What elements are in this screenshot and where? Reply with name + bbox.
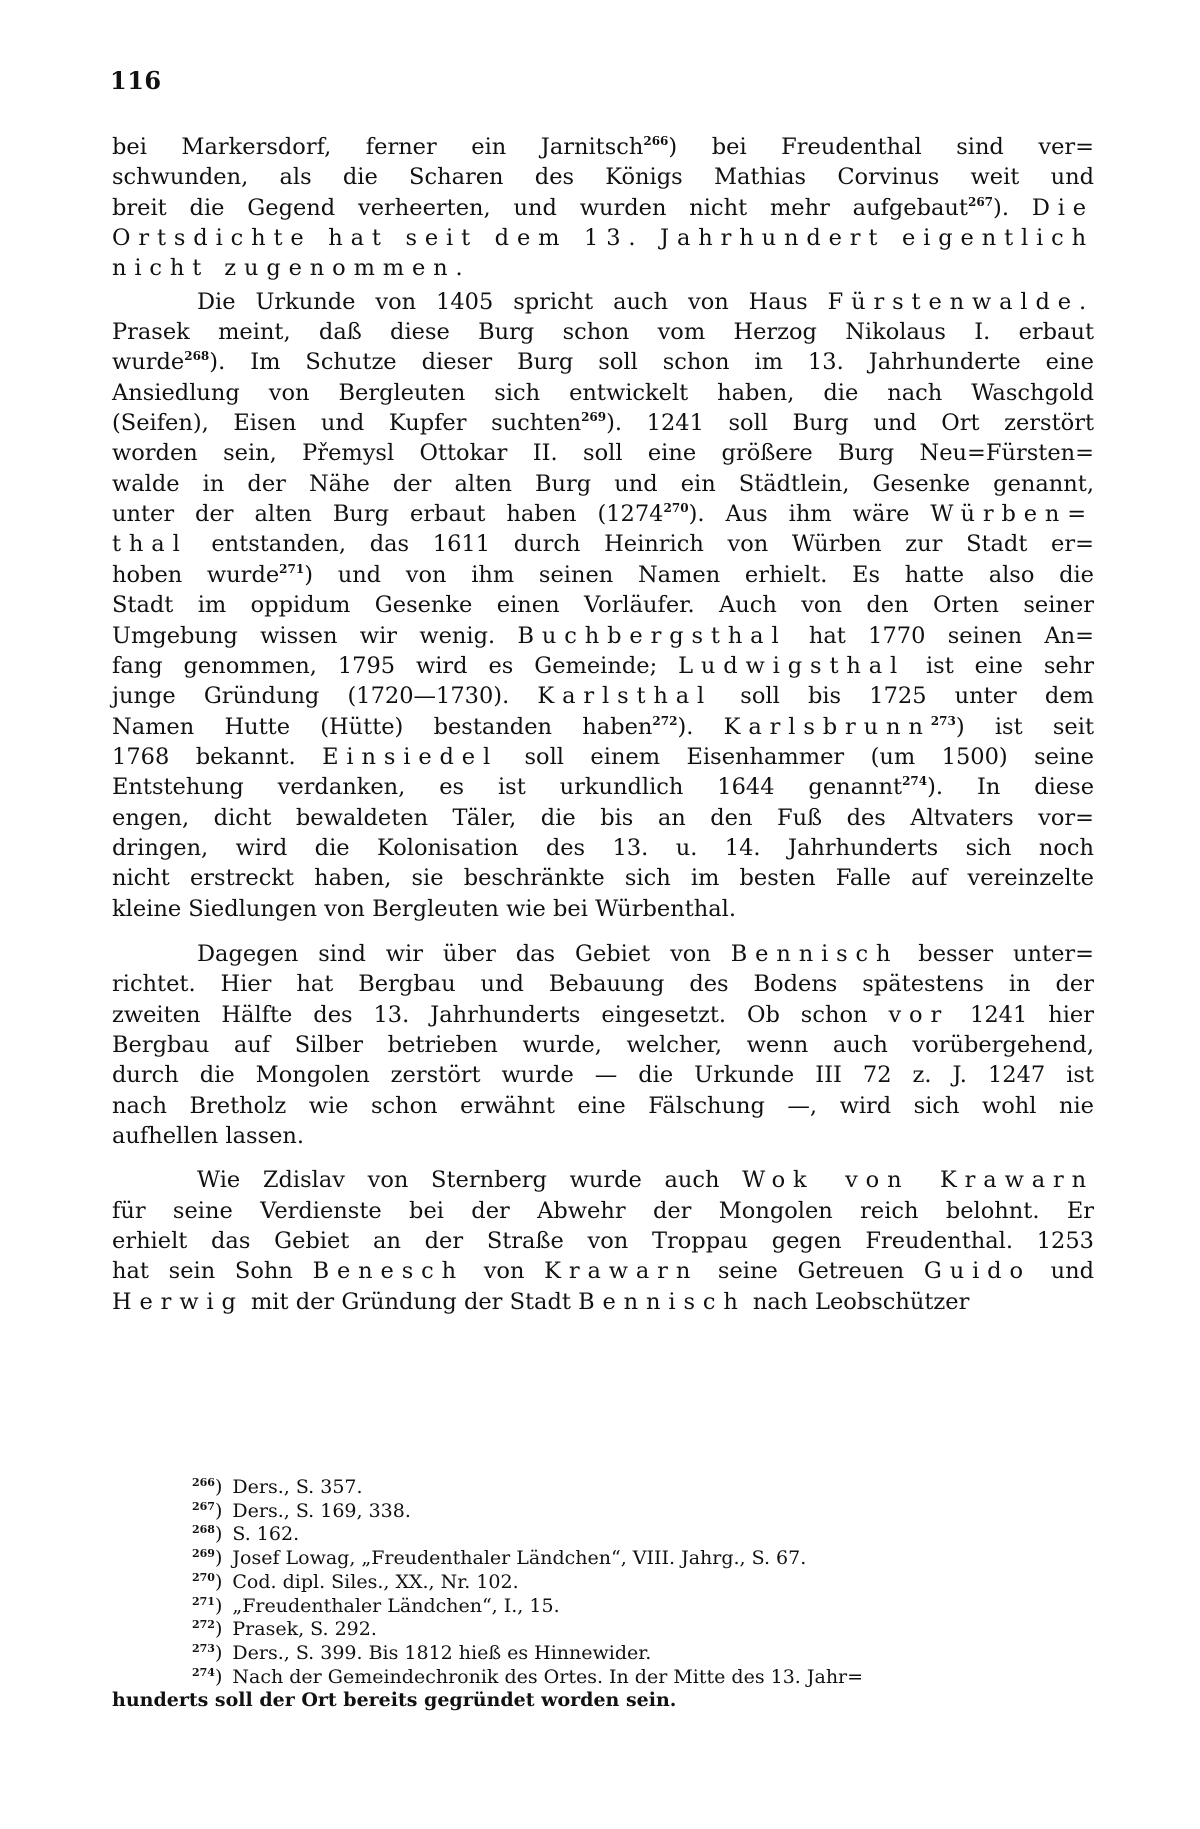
emphasized-text: Ortsdichte hat seit dem 13. Jahrhundert … [112, 225, 1094, 251]
footnote-continuation: hunderts soll der Ort bereits gegründet … [112, 1689, 1094, 1713]
text-run: besser unter= [898, 941, 1094, 967]
text-run: ). [993, 195, 1032, 221]
footnote: 267)Ders., S. 169, 338. [112, 1500, 1094, 1524]
text-run: Prasek meint, daß diese Burg schon vom H… [112, 319, 1094, 345]
text-line: durch die Mongolen zerstört wurde — die … [112, 1060, 1094, 1090]
text-line: Bergbau auf Silber betrieben wurde, welc… [112, 1030, 1094, 1060]
footnote-reference: 272 [652, 714, 677, 728]
text-run: durch die Mongolen zerstört wurde — die … [112, 1062, 1094, 1088]
text-run: Umgebung wissen wir wenig. [112, 623, 517, 649]
footnote-reference: 266 [643, 134, 668, 148]
text-run: Namen Hutte (Hütte) bestanden haben [112, 714, 652, 740]
text-run: entstanden, das 1611 durch Heinrich von … [188, 531, 1094, 557]
emphasized-text: nicht zugenommen. [112, 255, 471, 281]
footnote: 271)„Freudenthaler Ländchen“, I., 15. [112, 1595, 1094, 1619]
text-run: ) und von ihm seinen Namen erhielt. Es h… [304, 562, 1094, 588]
text-line: unter der alten Burg erbaut haben (12742… [112, 499, 1094, 529]
text-run: Bergbau auf Silber betrieben wurde, welc… [112, 1032, 1094, 1058]
footnote-number: 272 [192, 1618, 215, 1631]
text-run: kleine Siedlungen von Bergleuten wie bei… [112, 896, 736, 922]
emphasized-text: Benesch [313, 1258, 464, 1284]
text-run: dringen, wird die Kolonisation des 13. u… [112, 835, 1094, 861]
text-run: zweiten Hälfte des 13. Jahrhunderts eing… [112, 1002, 888, 1028]
text-line: richtet. Hier hat Bergbau und Bebauung d… [112, 969, 1094, 999]
text-line: hoben wurde271) und von ihm seinen Namen… [112, 560, 1094, 590]
footnote-paren: ) [215, 1595, 222, 1617]
footnote: 269)Josef Lowag, „Freudenthaler Ländchen… [112, 1547, 1094, 1571]
paragraph: bei Markersdorf, ferner ein Jarnitsch266… [112, 132, 1094, 284]
text-run: seine Getreuen [698, 1258, 924, 1284]
footnote-number: 266 [192, 1476, 215, 1489]
footnote: 272)Prasek, S. 292. [112, 1618, 1094, 1642]
text-run: Dagegen sind wir über das Gebiet von [197, 941, 731, 967]
text-run: nach Leobschützer [746, 1289, 970, 1315]
text-line: Ansiedlung von Bergleuten sich entwickel… [112, 378, 1094, 408]
footnote-paren: ) [215, 1618, 222, 1640]
text-run: ). 1241 soll Burg und Ort zerstört [606, 410, 1094, 436]
emphasized-text: Buchbergsthal [517, 623, 786, 649]
text-run: Wie Zdislav von Sternberg wurde auch [197, 1167, 742, 1193]
text-run: (Seifen), Eisen und Kupfer suchten [112, 410, 581, 436]
footnote-reference: 267 [968, 195, 993, 209]
text-line: nach Bretholz wie schon erwähnt eine Fäl… [112, 1091, 1094, 1121]
text-run: soll bis 1725 unter dem [712, 683, 1094, 709]
text-run: ) bei Freudenthal sind ver= [668, 134, 1094, 160]
text-run: nach Bretholz wie schon erwähnt eine Fäl… [112, 1093, 1094, 1119]
text-line: Namen Hutte (Hütte) bestanden haben272).… [112, 712, 1094, 742]
footnote: 274)Nach der Gemeindechronik des Ortes. … [112, 1666, 1094, 1690]
book-page: 116 bei Markersdorf, ferner ein Jarnitsc… [0, 0, 1200, 1829]
footnote-paren: ) [215, 1547, 222, 1569]
text-line: hat sein Sohn Benesch von Krawarn seine … [112, 1256, 1094, 1286]
body-text: bei Markersdorf, ferner ein Jarnitsch266… [112, 132, 1094, 1317]
footnote-reference: 274 [902, 774, 927, 788]
footnote-number: 267 [192, 1500, 215, 1513]
text-run: mit der Gründung der Stadt [244, 1289, 578, 1315]
footnote-paren: ) [215, 1666, 222, 1688]
text-line: engen, dicht bewaldeten Täler, die bis a… [112, 803, 1094, 833]
text-line: 1768 bekannt. Einsiedel soll einem Eisen… [112, 742, 1094, 772]
text-run: Ansiedlung von Bergleuten sich entwickel… [112, 380, 1094, 406]
emphasized-text: Bennisch [578, 1289, 746, 1315]
footnote-text: Cod. dipl. Siles., XX., Nr. 102. [232, 1571, 518, 1593]
emphasized-text: Bennisch [731, 941, 899, 967]
page-number: 116 [110, 66, 162, 95]
text-run: hat sein Sohn [112, 1258, 313, 1284]
text-run: ). [677, 714, 723, 740]
text-run: und [1031, 1258, 1094, 1284]
text-line: (Seifen), Eisen und Kupfer suchten269). … [112, 408, 1094, 438]
footnote-text: Ders., S. 169, 338. [232, 1500, 411, 1522]
text-line: schwunden, als die Scharen des Königs Ma… [112, 162, 1094, 192]
text-line: für seine Verdienste bei der Abwehr der … [112, 1196, 1094, 1226]
text-line: Herwig mit der Gründung der Stadt Bennis… [112, 1287, 1094, 1317]
emphasized-text: vor [888, 1002, 949, 1028]
emphasized-text: Würben= [930, 501, 1094, 527]
emphasized-text: Ludwigsthal [678, 653, 905, 679]
text-run: soll einem Eisenhammer (um 1500) seine [498, 744, 1094, 770]
text-run: von [464, 1258, 544, 1284]
footnote: 270)Cod. dipl. Siles., XX., Nr. 102. [112, 1571, 1094, 1595]
emphasized-text: Guido [924, 1258, 1031, 1284]
text-run: engen, dicht bewaldeten Täler, die bis a… [112, 805, 1094, 831]
text-line: aufhellen lassen. [112, 1121, 1094, 1151]
footnote-number: 271 [192, 1595, 215, 1608]
text-line: Prasek meint, daß diese Burg schon vom H… [112, 317, 1094, 347]
text-run: Stadt im oppidum Gesenke einen Vorläufer… [112, 592, 1094, 618]
footnote-paren: ) [215, 1571, 222, 1593]
footnote-text: Ders., S. 399. Bis 1812 hieß es Hinnewid… [232, 1642, 651, 1664]
footnote-reference: 269 [581, 410, 606, 424]
text-run: bei Markersdorf, ferner ein Jarnitsch [112, 134, 643, 160]
text-run: walde in der Nähe der alten Burg und ein… [112, 471, 1094, 497]
text-run: worden sein, Přemysl Ottokar II. soll ei… [112, 440, 1094, 466]
text-run: Entstehung verdanken, es ist urkundlich … [112, 774, 902, 800]
text-run: richtet. Hier hat Bergbau und Bebauung d… [112, 971, 1094, 997]
footnotes: 266)Ders., S. 357.267)Ders., S. 169, 338… [112, 1476, 1094, 1713]
text-line: Ortsdichte hat seit dem 13. Jahrhundert … [112, 223, 1094, 253]
footnote-text: Ders., S. 357. [232, 1476, 362, 1498]
text-line: bei Markersdorf, ferner ein Jarnitsch266… [112, 132, 1094, 162]
text-run: ist eine sehr [905, 653, 1094, 679]
footnote-reference: 273 [931, 714, 956, 728]
text-run: ) ist seit [956, 714, 1094, 740]
footnote-number: 268 [192, 1523, 215, 1536]
text-run: junge Gründung (1720—1730). [112, 683, 537, 709]
emphasized-text: Krawarn [544, 1258, 698, 1284]
footnote-text: Prasek, S. 292. [232, 1618, 377, 1640]
paragraph: Wie Zdislav von Sternberg wurde auch Wok… [112, 1165, 1094, 1317]
text-line: breit die Gegend verheerten, und wurden … [112, 193, 1094, 223]
footnote-text: S. 162. [232, 1523, 299, 1545]
emphasized-text: Wok von Krawarn [742, 1167, 1094, 1193]
emphasized-text: Einsiedel [322, 744, 498, 770]
text-line: nicht zugenommen. [112, 253, 1094, 283]
text-line: Stadt im oppidum Gesenke einen Vorläufer… [112, 590, 1094, 620]
footnote: 268)S. 162. [112, 1523, 1094, 1547]
footnote: 273)Ders., S. 399. Bis 1812 hieß es Hinn… [112, 1642, 1094, 1666]
text-line: Entstehung verdanken, es ist urkundlich … [112, 772, 1094, 802]
text-line: kleine Siedlungen von Bergleuten wie bei… [112, 894, 1094, 924]
text-run: nicht erstreckt haben, sie beschränkte s… [112, 865, 1094, 891]
footnote-number: 273 [192, 1642, 215, 1655]
text-run: ). Aus ihm wäre [689, 501, 931, 527]
footnote-reference: 271 [279, 562, 304, 576]
footnote-paren: ) [215, 1523, 222, 1545]
text-line: wurde268). Im Schutze dieser Burg soll s… [112, 347, 1094, 377]
text-line: erhielt das Gebiet an der Straße von Tro… [112, 1226, 1094, 1256]
text-run: 1768 bekannt. [112, 744, 322, 770]
text-line: junge Gründung (1720—1730). Karlsthal so… [112, 681, 1094, 711]
footnote-text: Nach der Gemeindechronik des Ortes. In d… [232, 1666, 863, 1688]
text-run: ). Im Schutze dieser Burg soll schon im … [209, 349, 1094, 375]
emphasized-text: Die [1032, 195, 1094, 221]
footnote-text: Josef Lowag, „Freudenthaler Ländchen“, V… [232, 1547, 806, 1569]
emphasized-text: thal [112, 531, 188, 557]
text-run: ). In diese [927, 774, 1094, 800]
text-line: Wie Zdislav von Sternberg wurde auch Wok… [112, 1165, 1094, 1195]
text-run: hat 1770 seinen An= [787, 623, 1094, 649]
footnote-text: „Freudenthaler Ländchen“, I., 15. [232, 1595, 559, 1617]
footnote-reference: 268 [184, 349, 209, 363]
text-line: Dagegen sind wir über das Gebiet von Ben… [112, 939, 1094, 969]
text-line: worden sein, Přemysl Ottokar II. soll ei… [112, 438, 1094, 468]
footnote-number: 274 [192, 1666, 215, 1679]
text-run: unter der alten Burg erbaut haben (1274 [112, 501, 664, 527]
footnote-reference: 270 [664, 501, 689, 515]
text-run: Die Urkunde von 1405 spricht auch von Ha… [197, 289, 828, 315]
text-line: Umgebung wissen wir wenig. Buchbergsthal… [112, 621, 1094, 651]
text-line: zweiten Hälfte des 13. Jahrhunderts eing… [112, 1000, 1094, 1030]
footnote-paren: ) [215, 1500, 222, 1522]
text-line: dringen, wird die Kolonisation des 13. u… [112, 833, 1094, 863]
text-line: thal entstanden, das 1611 durch Heinrich… [112, 529, 1094, 559]
footnote-number: 270 [192, 1571, 215, 1584]
text-line: fang genommen, 1795 wird es Gemeinde; Lu… [112, 651, 1094, 681]
text-line: walde in der Nähe der alten Burg und ein… [112, 469, 1094, 499]
emphasized-text: Fürstenwalde. [828, 289, 1094, 315]
emphasized-text: Karlsthal [537, 683, 712, 709]
text-run: breit die Gegend verheerten, und wurden … [112, 195, 968, 221]
footnote: 266)Ders., S. 357. [112, 1476, 1094, 1500]
emphasized-text: Herwig [112, 1289, 244, 1315]
emphasized-text: Karlsbrunn [724, 714, 931, 740]
footnote-number: 269 [192, 1547, 215, 1560]
text-run: erhielt das Gebiet an der Straße von Tro… [112, 1228, 1094, 1254]
text-run: für seine Verdienste bei der Abwehr der … [112, 1198, 1094, 1224]
text-line: nicht erstreckt haben, sie beschränkte s… [112, 863, 1094, 893]
footnote-paren: ) [215, 1642, 222, 1664]
text-run: schwunden, als die Scharen des Königs Ma… [112, 164, 1094, 190]
text-line: Die Urkunde von 1405 spricht auch von Ha… [112, 287, 1094, 317]
text-run: aufhellen lassen. [112, 1123, 304, 1149]
text-run: fang genommen, 1795 wird es Gemeinde; [112, 653, 678, 679]
paragraph: Die Urkunde von 1405 spricht auch von Ha… [112, 287, 1094, 924]
text-run: 1241 hier [949, 1002, 1094, 1028]
footnote-paren: ) [215, 1476, 222, 1498]
paragraph: Dagegen sind wir über das Gebiet von Ben… [112, 939, 1094, 1151]
text-run: wurde [112, 349, 184, 375]
text-run: hoben wurde [112, 562, 279, 588]
